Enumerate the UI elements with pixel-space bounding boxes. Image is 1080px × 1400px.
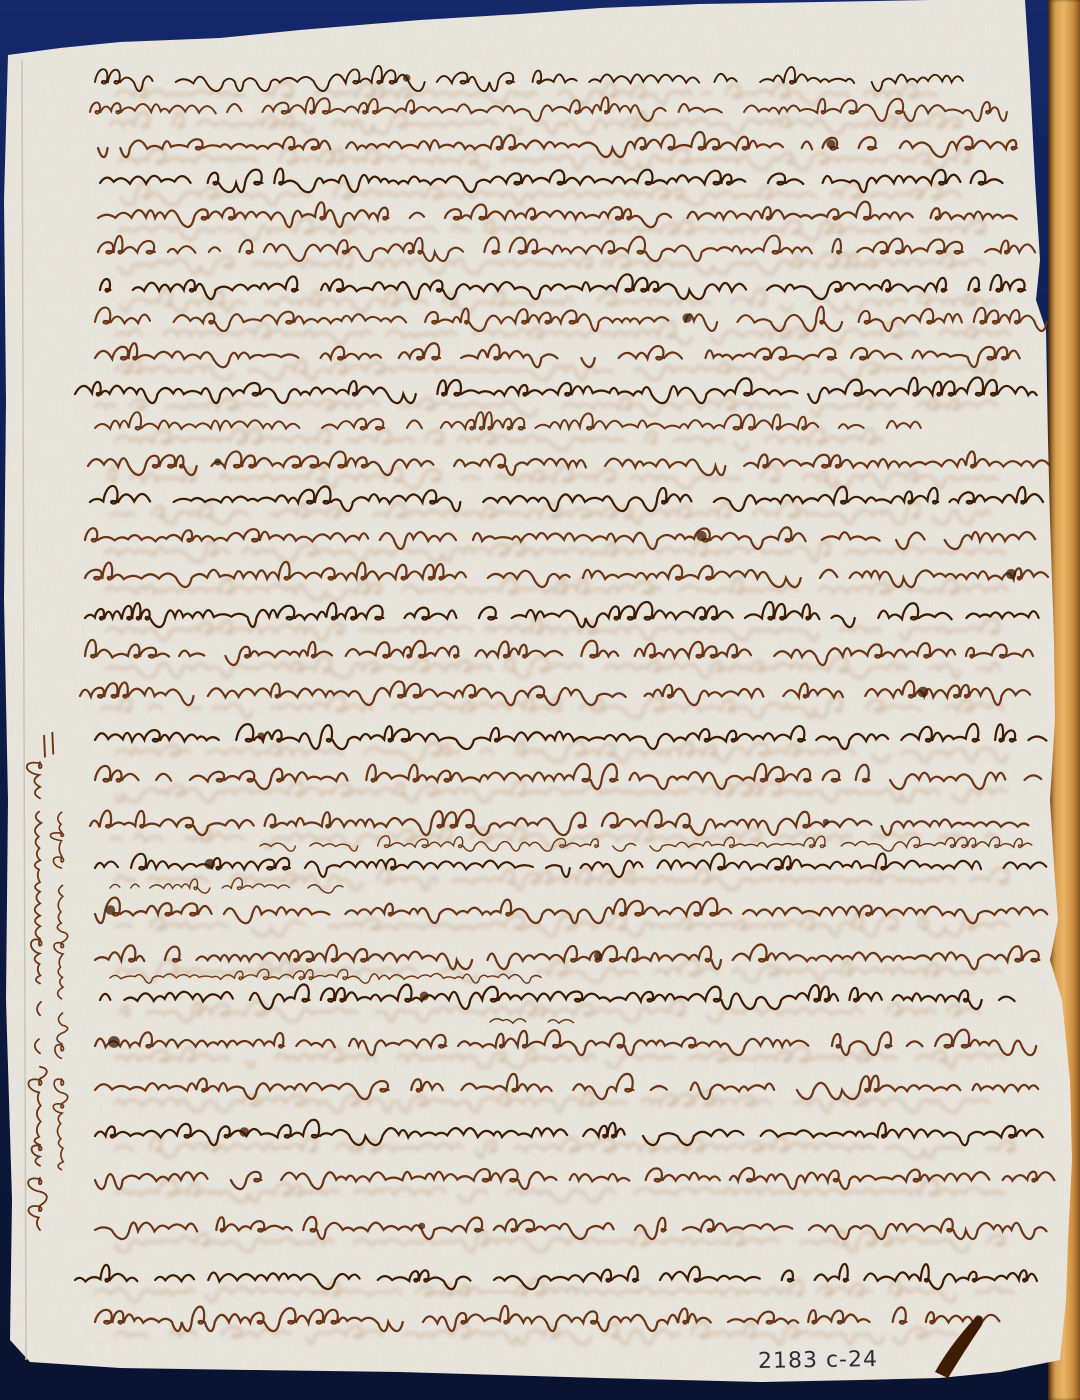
catalog-number: 2183 c-24 [758,1347,878,1374]
manuscript-page: // 2183 c-24 [0,0,1080,1400]
paper-texture [4,0,1072,1382]
manuscript-sheet [0,0,1080,1400]
